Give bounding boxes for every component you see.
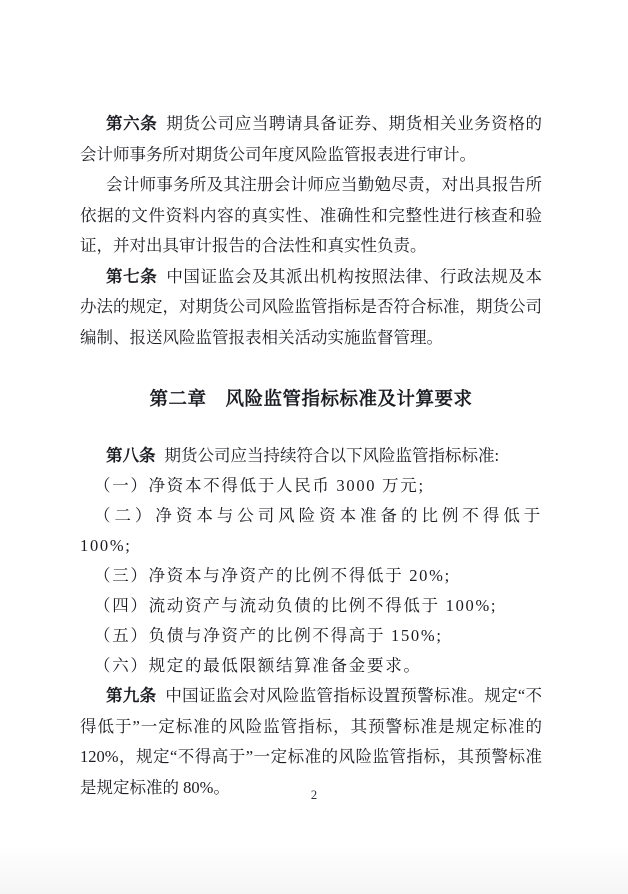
article-8-item-5: （五）负债与净资产的比例不得高于 150%; bbox=[80, 621, 542, 651]
article-7-label: 第七条 bbox=[106, 267, 157, 286]
article-6-paragraph-2: 会计师事务所及其注册会计师应当勤勉尽责，对出具报告所依据的文件资料内容的真实性、… bbox=[80, 170, 542, 262]
document-page: 第六条期货公司应当聘请具备证券、期货相关业务资格的会计师事务所对期货公司年度风险… bbox=[0, 0, 628, 894]
article-6-label: 第六条 bbox=[106, 114, 157, 133]
article-9-label: 第九条 bbox=[106, 686, 156, 705]
article-8-item-2: （二）净资本与公司风险资本准备的比例不得低于 100%; bbox=[80, 501, 542, 561]
article-9-paragraph: 第九条中国证监会对风险监管指标设置预警标准。规定“不得低于”一定标准的风险监管指… bbox=[80, 681, 542, 803]
document-body: 第六条期货公司应当聘请具备证券、期货相关业务资格的会计师事务所对期货公司年度风险… bbox=[80, 109, 542, 803]
page-bottom-shadow bbox=[0, 846, 628, 894]
chapter-2-heading: 第二章 风险监管指标标准及计算要求 bbox=[80, 384, 542, 415]
article-8-item-1: （一）净资本不得低于人民币 3000 万元; bbox=[80, 471, 542, 501]
article-8-label: 第八条 bbox=[106, 446, 156, 465]
article-8-item-3: （三）净资本与净资产的比例不得低于 20%; bbox=[80, 561, 542, 591]
article-8-paragraph: 第八条期货公司应当持续符合以下风险监管指标标准: bbox=[80, 441, 542, 472]
page-number: 2 bbox=[0, 788, 628, 803]
article-8-item-4: （四）流动资产与流动负债的比例不得低于 100%; bbox=[80, 591, 542, 621]
article-7-paragraph: 第七条中国证监会及其派出机构按照法律、行政法规及本办法的规定，对期货公司风险监管… bbox=[80, 262, 542, 354]
article-8-item-6: （六）规定的最低限额结算准备金要求。 bbox=[80, 651, 542, 681]
article-8-text: 期货公司应当持续符合以下风险监管指标标准: bbox=[165, 446, 500, 465]
article-6-paragraph: 第六条期货公司应当聘请具备证券、期货相关业务资格的会计师事务所对期货公司年度风险… bbox=[80, 109, 542, 170]
